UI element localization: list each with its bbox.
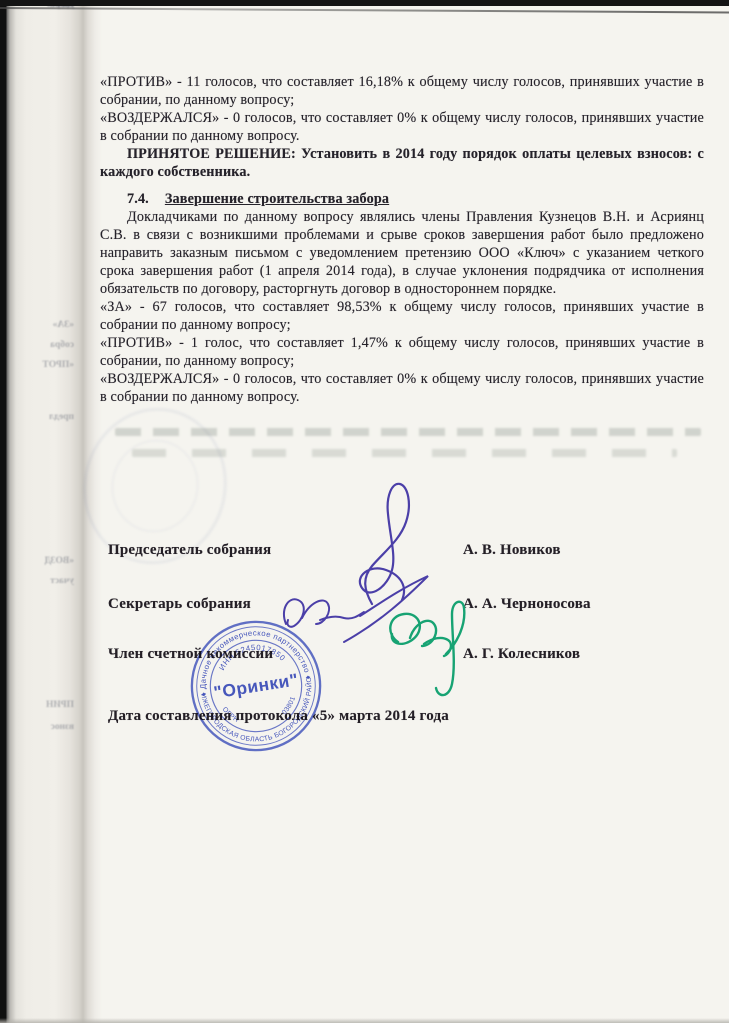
signature-role-secretary: Секретарь собрания (108, 596, 251, 613)
scan-bottom-edge (0, 1018, 729, 1023)
vote-against-item-7-4: «ПРОТИВ» - 1 голос, что составляет 1,47%… (100, 334, 704, 370)
ghost-bleedthrough-line (132, 449, 677, 457)
edge-fragment: «ЗА» (8, 320, 74, 330)
scan-top-edge-line (0, 7, 729, 14)
vote-for-item-7-4: «ЗА» - 67 голосов, что составляет 98,53%… (100, 298, 704, 334)
protocol-text-block: «ПРОТИВ» - 11 голосов, что составляет 16… (100, 73, 704, 406)
edge-fragment: предл (8, 412, 74, 422)
stamp-ogrn-text-left: ОГРН (220, 704, 240, 726)
edge-fragment: взнос (8, 722, 74, 732)
edge-fragment: «ВОЗД (8, 556, 74, 566)
edge-fragment: «ПРОТ (8, 360, 74, 370)
scanned-protocol-page: «ЗА» собра «ПРОТ предл «ВОЗД участ ПРИН … (0, 0, 729, 1023)
section-7-4-number: 7.4. (127, 191, 149, 207)
vote-against-item-7-3: «ПРОТИВ» - 11 голосов, что составляет 16… (100, 73, 704, 109)
scan-top-edge (0, 0, 729, 6)
edge-fragment: собра (8, 340, 74, 350)
section-7-4-heading: 7.4.Завершение строительства забора (100, 190, 704, 208)
ghost-bleedthrough-line (115, 428, 701, 436)
vote-abstain-item-7-4: «ВОЗДЕРЖАЛСЯ» - 0 голосов, что составляе… (100, 370, 704, 406)
decision-item-7-3: ПРИНЯТОЕ РЕШЕНИЕ: Установить в 2014 году… (100, 145, 704, 181)
signature-name-novikov: А. В. Новиков (463, 542, 561, 559)
vote-abstain-item-7-3: «ВОЗДЕРЖАЛСЯ» - 0 голосов, что составляе… (100, 109, 704, 145)
section-7-4-body: Докладчиками по данному вопросу являлись… (100, 208, 704, 298)
stamp-center-text: "Оринки" (212, 669, 300, 702)
signature-kolesnikov-ink (380, 596, 485, 706)
org-stamp: ♦ Дачное некоммерческое партнерство ♦ НИ… (178, 608, 334, 764)
signature-role-chairman: Председатель собрания (108, 542, 271, 559)
edge-fragment: ПРИН (8, 700, 74, 710)
edge-fragment: участ (8, 576, 74, 586)
section-7-4-title: Завершение строительства забора (165, 191, 389, 207)
svg-text:ОГРН: ОГРН (220, 704, 240, 726)
